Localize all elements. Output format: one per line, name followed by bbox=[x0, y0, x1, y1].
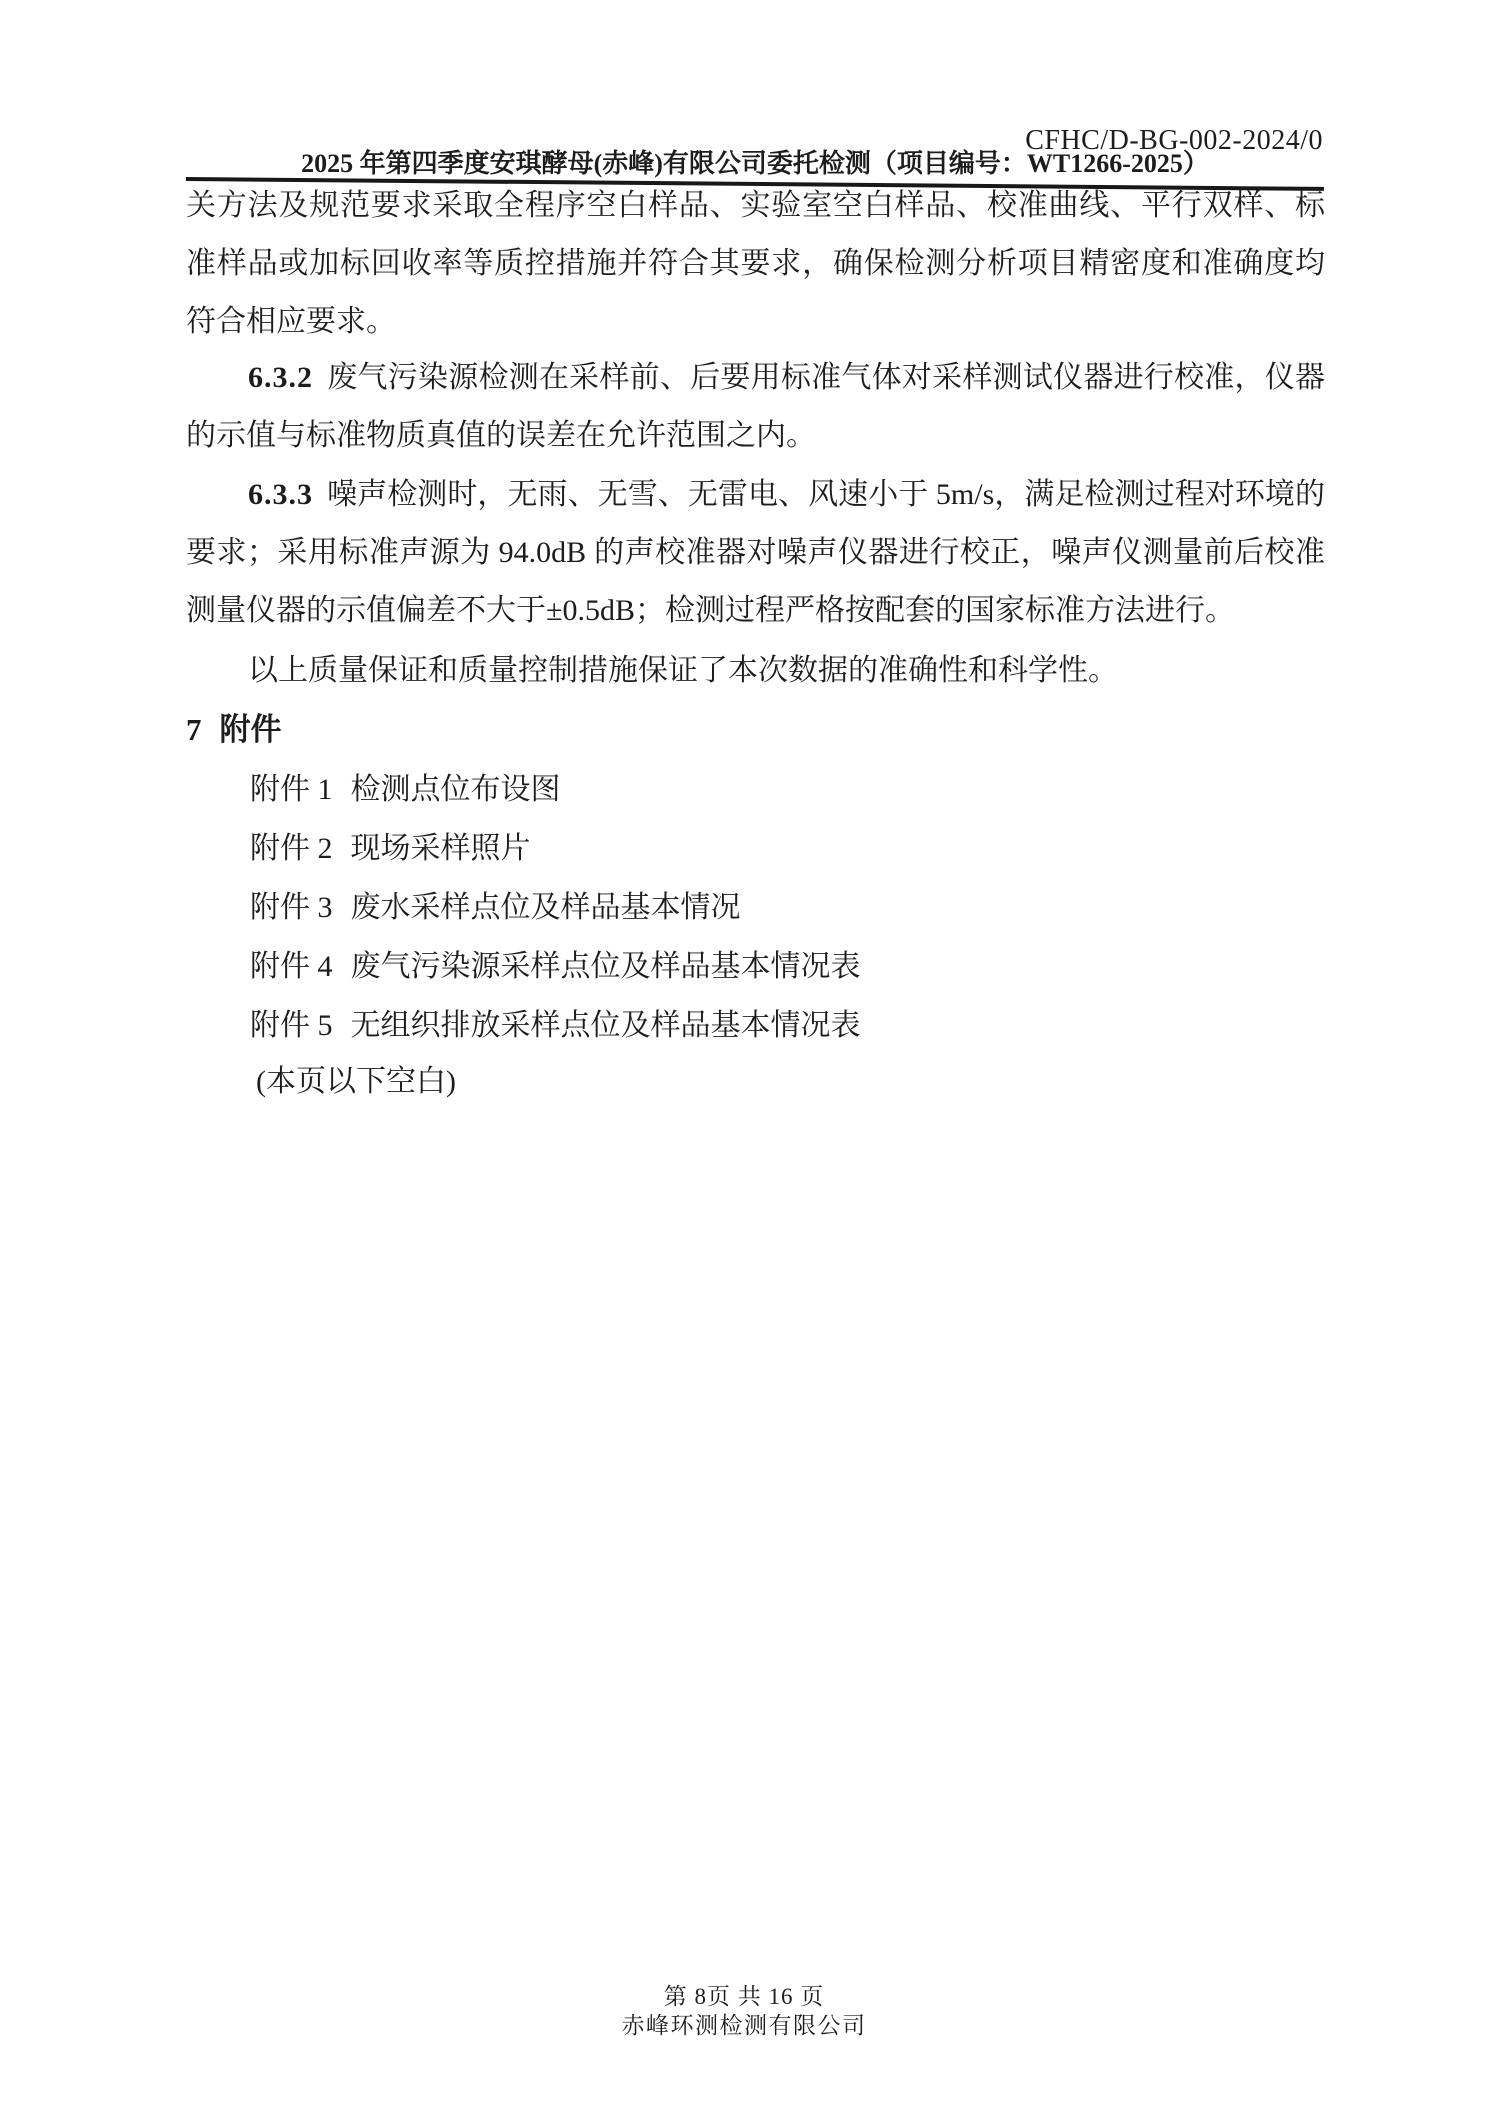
attachment-item-4: 附件 4废气污染源采样点位及样品基本情况表 bbox=[250, 937, 1389, 996]
section-number: 6.3.3 bbox=[248, 478, 313, 511]
heading-attachments: 7附件 bbox=[186, 701, 282, 759]
attachment-title: 无组织排放采样点位及样品基本情况表 bbox=[351, 1009, 861, 1042]
section-text: 噪声检测时，无雨、无雪、无雷电、风速小于 5m/s，满足检测过程对环境的要求；采… bbox=[186, 478, 1325, 627]
attachment-label: 附件 3 bbox=[250, 891, 333, 924]
section-6-3-3: 6.3.3噪声检测时，无雨、无雪、无雷电、风速小于 5m/s，满足检测过程对环境… bbox=[186, 466, 1325, 640]
heading-label: 附件 bbox=[220, 712, 282, 747]
section-text: 废气污染源检测在采样前、后要用标准气体对采样测试仪器进行校准，仪器的示值与标准物… bbox=[186, 361, 1325, 452]
paragraph-conclusion: 以上质量保证和质量控制措施保证了本次数据的准确性和科学性。 bbox=[186, 642, 1325, 700]
attachment-title: 废水采样点位及样品基本情况 bbox=[351, 891, 741, 924]
section-number: 6.3.2 bbox=[248, 361, 313, 394]
attachment-title: 废气污染源采样点位及样品基本情况表 bbox=[351, 950, 861, 983]
report-header-title: 2025 年第四季度安琪酵母(赤峰)有限公司委托检测（项目编号：WT1266-2… bbox=[187, 149, 1323, 179]
blank-page-note: (本页以下空白) bbox=[186, 1053, 456, 1111]
footer-company-name: 赤峰环测检测有限公司 bbox=[0, 2011, 1488, 2041]
attachment-label: 附件 1 bbox=[250, 773, 333, 806]
attachment-item-3: 附件 3废水采样点位及样品基本情况 bbox=[250, 878, 1389, 937]
heading-number: 7 bbox=[186, 712, 202, 747]
scanned-report-page: CFHC/D-BG-002-2024/0 2025 年第四季度安琪酵母(赤峰)有… bbox=[0, 0, 1488, 2104]
attachment-item-5: 附件 5无组织排放采样点位及样品基本情况表 bbox=[250, 996, 1389, 1055]
paragraph-quality-control-continuation: 关方法及规范要求采取全程序空白样品、实验室空白样品、校准曲线、平行双样、标准样品… bbox=[186, 177, 1325, 351]
section-6-3-2: 6.3.2废气污染源检测在采样前、后要用标准气体对采样测试仪器进行校准，仪器的示… bbox=[186, 349, 1325, 465]
attachment-label: 附件 2 bbox=[250, 832, 333, 865]
attachment-title: 现场采样照片 bbox=[351, 832, 531, 865]
attachment-label: 附件 5 bbox=[250, 1009, 333, 1042]
attachment-list: 附件 1检测点位布设图 附件 2现场采样照片 附件 3废水采样点位及样品基本情况… bbox=[186, 760, 1389, 1055]
footer-page-indicator: 第 8页 共 16 页 bbox=[0, 1982, 1488, 2012]
attachment-title: 检测点位布设图 bbox=[351, 773, 561, 806]
attachment-item-1: 附件 1检测点位布设图 bbox=[250, 760, 1389, 819]
attachment-label: 附件 4 bbox=[250, 950, 333, 983]
attachment-item-2: 附件 2现场采样照片 bbox=[250, 819, 1389, 878]
